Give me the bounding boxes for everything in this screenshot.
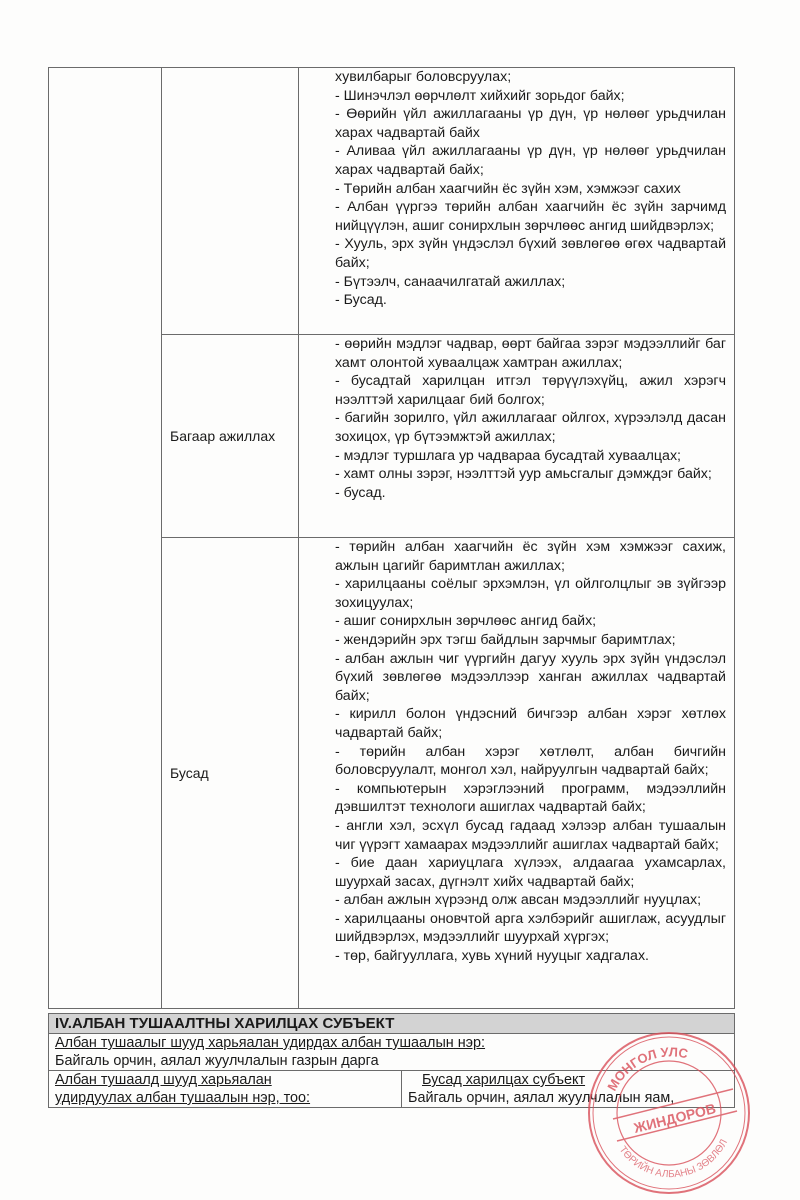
requirement-item: - багийн зорилго, үйл ажиллагааг ойлгох,… xyxy=(335,409,726,446)
official-stamp-icon: МОНГОЛ УЛС ЖИНДОРОВ ТӨРИЙН АЛБАНЫ ЗӨВЛӨЛ xyxy=(583,1027,755,1199)
requirement-item: - Өөрийн үйл ажиллагааны үр дүн, үр нөлө… xyxy=(335,105,726,142)
requirement-item: - Шинэчлэл өөрчлөлт хийхийг зорьдог байх… xyxy=(335,87,726,106)
requirement-item: - мэдлэг туршлага ур чадвараа бусадтай х… xyxy=(335,447,726,466)
subordinates-label-line1: Албан тушаалд шууд харьяалан xyxy=(55,1071,395,1089)
requirement-item: - Албан үүргээ төрийн албан хаагчийн ёс … xyxy=(335,198,726,235)
requirement-item: - Бусад. xyxy=(335,291,726,310)
requirement-item: - кирилл болон үндэсний бичгээр албан хэ… xyxy=(335,705,726,742)
requirement-item: - албан ажлын хүрээнд олж авсан мэдээлли… xyxy=(335,891,726,910)
requirement-item: - хамт олны зэрэг, нээлттэй уур амьсгалы… xyxy=(335,465,726,484)
requirement-item: - төр, байгууллага, хувь хүний нууцыг ха… xyxy=(335,947,726,966)
requirement-item: - төрийн албан хэрэг хөтлөлт, албан бичг… xyxy=(335,743,726,780)
requirement-item: - ашиг сонирхлын зөрчлөөс ангид байх; xyxy=(335,612,726,631)
requirement-item: - компьютерын хэрэглээний программ, мэдэ… xyxy=(335,780,726,817)
category-cell-other: Бусад xyxy=(162,538,299,1009)
category-cell-teamwork: Багаар ажиллах xyxy=(162,335,299,538)
svg-text:ЖИНДОРОВ: ЖИНДОРОВ xyxy=(631,1100,717,1136)
requirement-item: - Аливаа үйл ажиллагааны үр дүн, үр нөлө… xyxy=(335,142,726,179)
subordinates-cell: Албан тушаалд шууд харьяалан удирдуулах … xyxy=(49,1071,402,1108)
category-cell xyxy=(162,68,299,335)
requirement-item: - Хууль, эрх зүйн үндэслэл бүхий зөвлөгө… xyxy=(335,235,726,272)
requirement-item: - харилцааны оновчтой арга хэлбэрийг аши… xyxy=(335,910,726,947)
requirement-item: - бусад. xyxy=(335,484,726,503)
merged-left-cell xyxy=(49,68,162,1009)
competency-table: хувилбарыг боловсруулах;- Шинэчлэл өөрчл… xyxy=(48,67,735,1009)
table-row: хувилбарыг боловсруулах;- Шинэчлэл өөрчл… xyxy=(49,68,735,335)
requirement-item: - бусадтай харилцан итгэл төрүүлэхүйц, а… xyxy=(335,372,726,409)
requirement-item: - жендэрийн эрх тэгш байдлын зарчмыг бар… xyxy=(335,631,726,650)
requirement-item: - Төрийн албан хаагчийн ёс зүйн хэм, хэм… xyxy=(335,180,726,199)
document-page: хувилбарыг боловсруулах;- Шинэчлэл өөрчл… xyxy=(0,0,800,1200)
requirement-item: - харилцааны соёлыг эрхэмлэн, үл ойлголц… xyxy=(335,575,726,612)
requirement-item: хувилбарыг боловсруулах; xyxy=(335,68,726,87)
requirements-cell: хувилбарыг боловсруулах;- Шинэчлэл өөрчл… xyxy=(299,68,735,335)
subordinates-label-line2: удирдуулах албан тушаалын нэр, тоо: xyxy=(55,1089,395,1107)
requirement-item: - англи хэл, эсхүл бусад гадаад хэлээр а… xyxy=(335,817,726,854)
requirement-item: - өөрийн мэдлэг чадвар, өөрт байгаа зэрэ… xyxy=(335,335,726,372)
requirements-cell: - төрийн албан хаагчийн ёс зүйн хэм хэмж… xyxy=(299,538,735,1009)
requirement-item: - төрийн албан хаагчийн ёс зүйн хэм хэмж… xyxy=(335,538,726,575)
requirements-cell: - өөрийн мэдлэг чадвар, өөрт байгаа зэрэ… xyxy=(299,335,735,538)
requirement-item: - албан ажлын чиг үүргийн дагуу хууль эр… xyxy=(335,650,726,706)
requirement-item: - бие даан хариуцлага хүлээх, алдаагаа у… xyxy=(335,854,726,891)
requirement-item: - Бүтээлч, санаачилгатай ажиллах; xyxy=(335,273,726,292)
svg-text:ТӨРИЙН АЛБАНЫ ЗӨВЛӨЛ: ТӨРИЙН АЛБАНЫ ЗӨВЛӨЛ xyxy=(617,1138,730,1181)
